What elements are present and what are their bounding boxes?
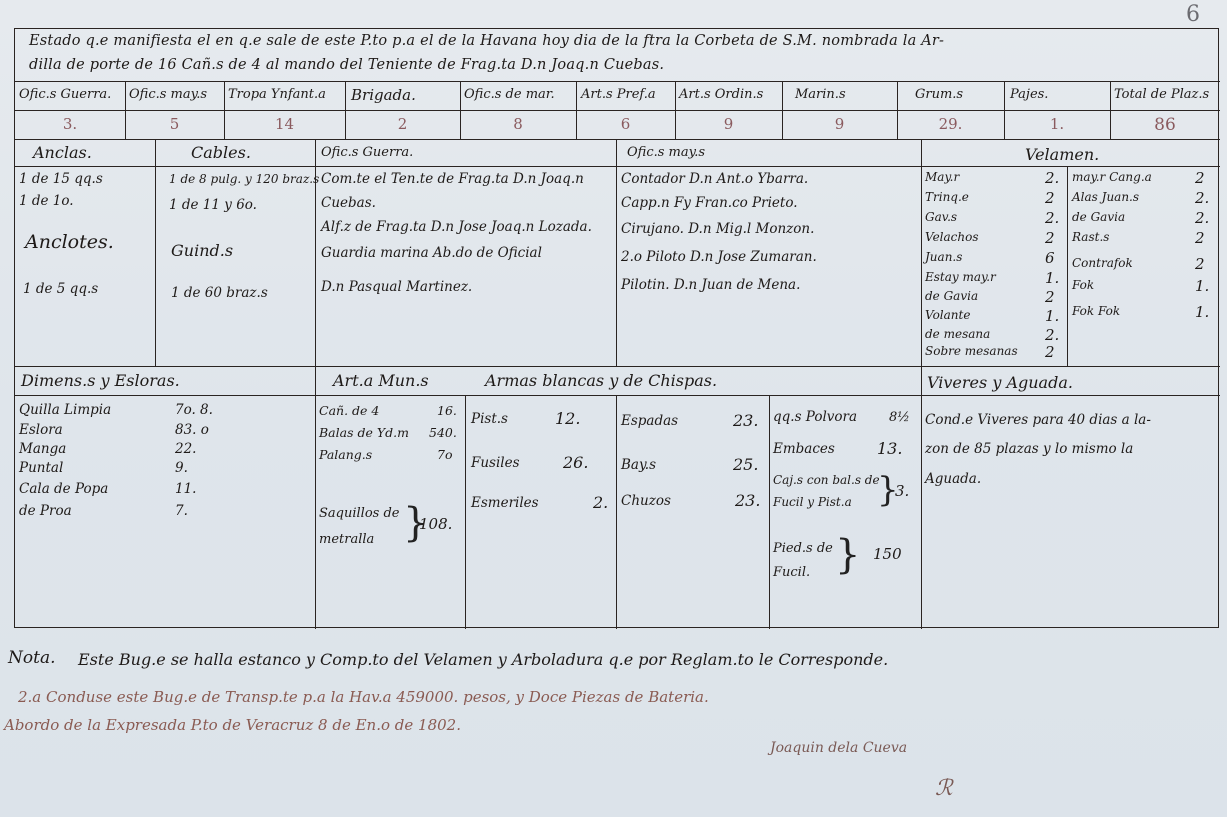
cable-item: 1 de 8 pulg. y 120 braz.s	[169, 173, 319, 185]
dimension-label: de Proa	[19, 505, 72, 519]
sail-label: Alas Juan.s	[1072, 191, 1139, 203]
sail-qty: 2	[1045, 189, 1055, 207]
weapon-label: Bay.s	[621, 459, 656, 473]
munition-label: Palang.s	[319, 449, 372, 462]
signature: Joaquin dela Cueva	[770, 740, 907, 756]
crew-header: Grum.s	[915, 88, 963, 101]
cable-item: 1 de 11 y 6o.	[169, 199, 257, 213]
ofic-mayor-line: 2.o Piloto D.n Jose Zumaran.	[621, 251, 817, 265]
dimensiones-heading: Dimens.s y Esloras.	[21, 373, 180, 389]
munition-label: Saquillos de metralla	[319, 501, 409, 553]
anclote-item: 1 de 5 qq.s	[23, 283, 98, 297]
sail-qty: 2.	[1045, 326, 1059, 344]
sail-qty: 2	[1045, 343, 1055, 361]
ancla-item: 1 de 1o.	[19, 195, 74, 209]
sail-label: May.r	[925, 171, 959, 183]
weapon-value: 26.	[563, 455, 588, 471]
crew-header: Ofic.s de mar.	[464, 88, 555, 101]
dimension-label: Eslora	[19, 424, 63, 438]
dimension-label: Manga	[19, 443, 66, 457]
crew-header: Art.s Pref.a	[581, 88, 656, 101]
sail-qty: 1.	[1045, 269, 1059, 287]
weapon-value: 2.	[593, 495, 608, 511]
divider	[15, 110, 1220, 111]
artilleria-heading: Art.a Mun.s	[333, 373, 429, 389]
sail-qty: 1.	[1195, 303, 1209, 321]
dimension-label: Quilla Limpia	[19, 404, 111, 418]
weapon-label: Chuzos	[621, 495, 671, 509]
sail-label: de Gavia	[925, 290, 978, 302]
dimension-label: Puntal	[19, 462, 63, 476]
powder-label: Caj.s con bal.s de Fucil y Pist.a	[773, 469, 881, 513]
sail-qty: 2	[1195, 255, 1205, 273]
cables-heading: Cables.	[191, 145, 251, 161]
sail-qty: 1.	[1195, 277, 1209, 295]
sail-qty: 2.	[1045, 169, 1059, 187]
ofic-guerra-line: Alf.z de Frag.ta D.n Jose Joaq.n Lozada.	[321, 221, 592, 235]
anclas-heading: Anclas.	[33, 145, 92, 161]
weapon-value: 23.	[733, 413, 758, 429]
weapon-label: Fusiles	[471, 457, 520, 471]
viveres-line: zon de 85 plazas y lo mismo la	[925, 443, 1133, 457]
munition-label: Cañ. de 4	[319, 405, 379, 418]
brace-icon: }	[835, 535, 860, 575]
crew-value: 5	[125, 117, 224, 132]
crew-header: Tropa Ynfant.a	[228, 88, 326, 101]
ofic-guerra-line: Guardia marina Ab.do de Oficial	[321, 247, 542, 261]
viveres-line: Cond.e Viveres para 40 dias a la-	[925, 414, 1151, 428]
nota-label: Nota.	[8, 648, 55, 668]
viveres-line: Aguada.	[925, 473, 981, 487]
sail-label: Gav.s	[925, 211, 957, 223]
crew-value: 86	[1110, 117, 1220, 134]
crew-header: Ofic.s Guerra.	[19, 88, 111, 101]
nota-line-1: Este Bug.e se halla estanco y Comp.to de…	[78, 650, 888, 669]
sail-qty: 2	[1195, 229, 1205, 247]
sail-label: de Gavia	[1072, 211, 1125, 223]
crew-header: Pajes.	[1010, 88, 1048, 101]
ofic-guerra-line: Com.te el Ten.te de Frag.ta D.n Joaq.n	[321, 173, 584, 187]
nota-line-2: 2.a Conduse este Bug.e de Transp.te p.a …	[18, 688, 709, 706]
crew-value: 9	[675, 117, 782, 132]
sail-label: de mesana	[925, 328, 990, 340]
ancla-item: 1 de 15 qq.s	[19, 173, 103, 187]
dimension-value: 7.	[175, 505, 188, 519]
sail-label: Juan.s	[925, 251, 962, 263]
ofic-mayor-line: Cirujano. D.n Mig.l Monzon.	[621, 223, 814, 237]
crew-header: Marin.s	[795, 88, 846, 101]
anclotes-heading: Anclotes.	[25, 233, 114, 252]
divider	[15, 81, 1220, 82]
sail-qty: 2	[1195, 169, 1205, 187]
dimension-label: Cala de Popa	[19, 483, 108, 497]
powder-value: 3.	[895, 484, 909, 499]
ofic-mayor-line: Pilotin. D.n Juan de Mena.	[621, 279, 800, 293]
crew-value: 3.	[15, 117, 125, 132]
sail-qty: 2.	[1195, 189, 1209, 207]
sail-label: Contrafok	[1072, 257, 1133, 269]
sail-label: Trinq.e	[925, 191, 969, 203]
crew-header: Ofic.s may.s	[129, 88, 207, 101]
sail-label: Estay may.r	[925, 271, 996, 283]
sail-label: Sobre mesanas	[925, 345, 1018, 357]
weapon-value: 23.	[735, 493, 760, 509]
crew-value: 29.	[897, 117, 1004, 132]
ofic-mayor-line: Contador D.n Ant.o Ybarra.	[621, 173, 808, 187]
rubric-icon: ℛ	[935, 776, 953, 801]
sail-qty: 2.	[1195, 209, 1209, 227]
powder-value: 13.	[877, 441, 902, 457]
dimension-value: 9.	[175, 462, 188, 476]
powder-value: 150	[873, 547, 902, 562]
crew-value: 9	[782, 117, 897, 132]
dimension-value: 83. o	[175, 424, 209, 438]
sail-label: Volante	[925, 309, 970, 321]
dimension-value: 7o. 8.	[175, 404, 213, 418]
crew-value: 1.	[1004, 117, 1110, 132]
ofic-mayores-heading: Ofic.s may.s	[627, 146, 705, 159]
ofic-guerra-line: Cuebas.	[321, 197, 376, 211]
munition-label: Balas de Yd.m	[319, 427, 409, 440]
weapon-value: 12.	[555, 411, 580, 427]
guind-item: 1 de 60 braz.s	[171, 287, 268, 301]
sail-label: Velachos	[925, 231, 979, 243]
crew-value: 6	[576, 117, 675, 132]
sail-label: Fok Fok	[1072, 305, 1120, 317]
munition-value: 7o	[437, 449, 452, 462]
weapon-value: 25.	[733, 457, 758, 473]
munition-value: 108.	[419, 517, 452, 532]
ofic-guerra-line: D.n Pasqual Martinez.	[321, 281, 472, 295]
velamen-heading: Velamen.	[1025, 147, 1099, 163]
armas-heading: Armas blancas y de Chispas.	[485, 373, 717, 389]
sail-label: Rast.s	[1072, 231, 1109, 243]
ofic-guerra-heading: Ofic.s Guerra.	[321, 146, 413, 159]
nota-line-3: Abordo de la Expresada P.to de Veracruz …	[4, 716, 461, 734]
weapon-label: Pist.s	[471, 413, 508, 427]
weapon-label: Esmeriles	[471, 497, 539, 511]
title-line-1: Estado q.e manifiesta el en q.e sale de …	[29, 34, 944, 49]
sail-label: may.r Cang.a	[1072, 171, 1152, 183]
divider	[15, 139, 1220, 140]
powder-value: 8½	[889, 411, 910, 424]
manifest-table: Estado q.e manifiesta el en q.e sale de …	[14, 28, 1219, 628]
guind-heading: Guind.s	[171, 243, 233, 259]
crew-value: 2	[345, 117, 460, 132]
viveres-heading: Viveres y Aguada.	[927, 375, 1073, 391]
sail-qty: 2.	[1045, 209, 1059, 227]
title-line-2: dilla de porte de 16 Cañ.s de 4 al mando…	[29, 58, 664, 73]
page-number: 6	[1186, 2, 1200, 27]
ofic-mayor-line: Capp.n Fy Fran.co Prieto.	[621, 197, 798, 211]
crew-header: Brigada.	[351, 88, 416, 103]
sail-qty: 2	[1045, 229, 1055, 247]
munition-value: 16.	[437, 405, 457, 418]
crew-header: Total de Plaz.s	[1114, 88, 1209, 101]
crew-value: 14	[224, 117, 345, 132]
powder-label: qq.s Polvora	[773, 411, 857, 425]
sail-qty: 2	[1045, 288, 1055, 306]
weapon-label: Espadas	[621, 415, 678, 429]
crew-header: Art.s Ordin.s	[679, 88, 763, 101]
powder-label: Embaces	[773, 443, 835, 457]
sail-qty: 1.	[1045, 307, 1059, 325]
sail-qty: 6	[1045, 249, 1055, 267]
crew-value: 8	[460, 117, 576, 132]
dimension-value: 22.	[175, 443, 196, 457]
dimension-value: 11.	[175, 483, 196, 497]
sail-label: Fok	[1072, 279, 1094, 291]
munition-value: 540.	[429, 427, 457, 440]
